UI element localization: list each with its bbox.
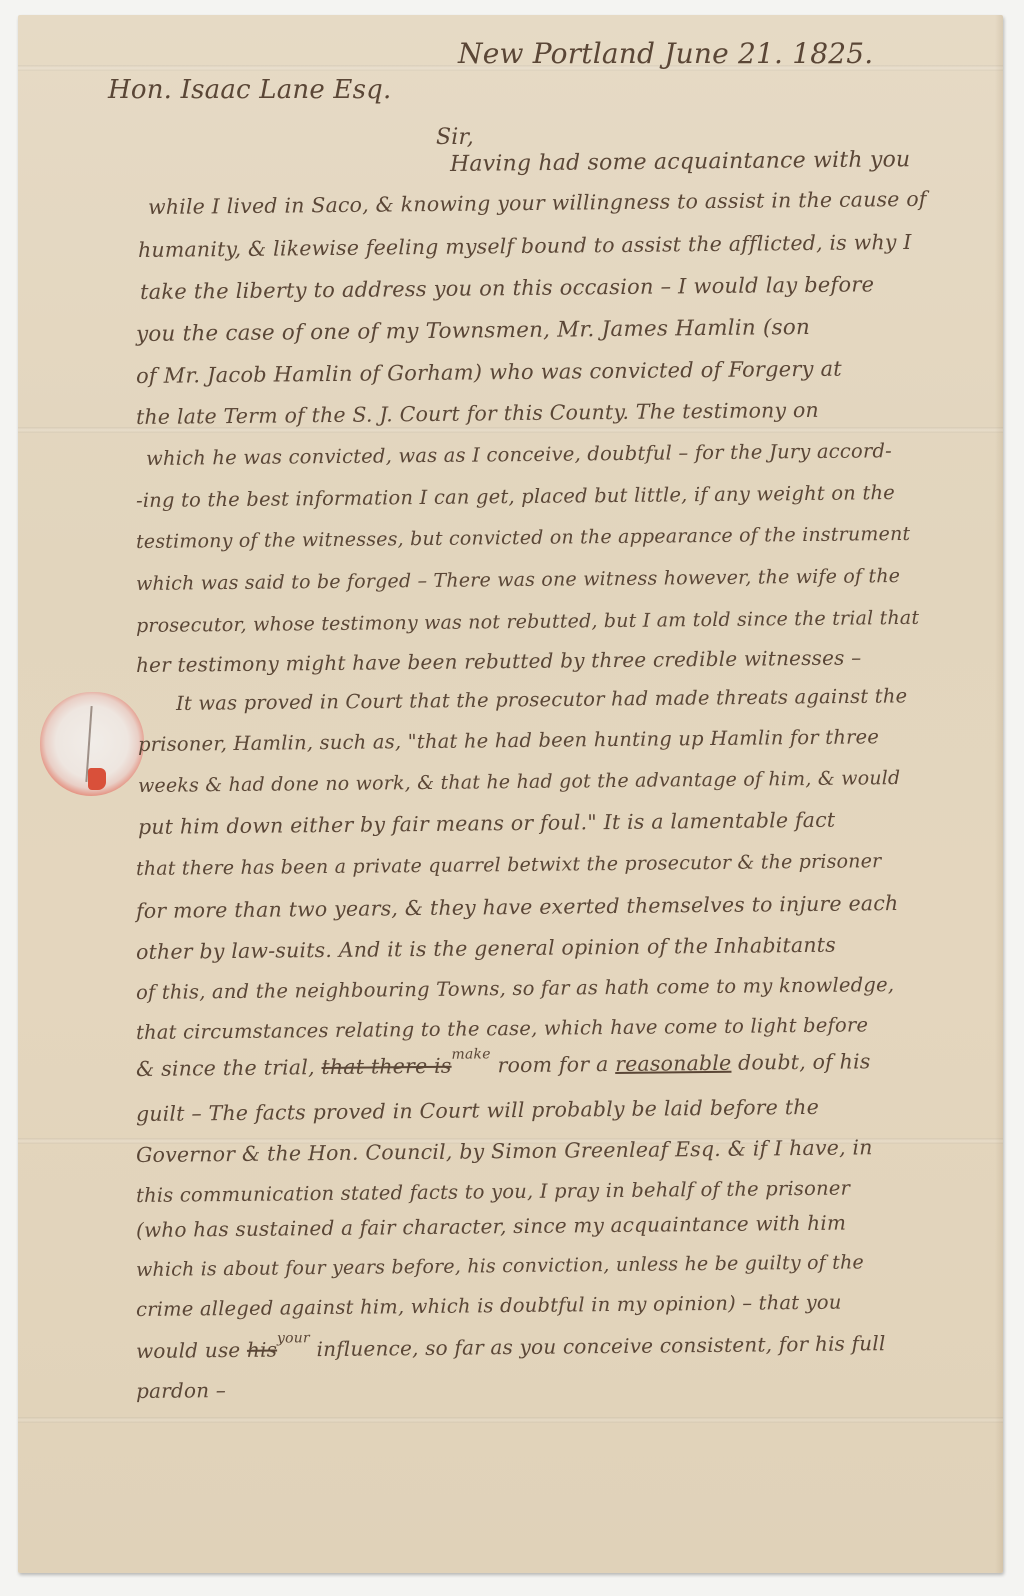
letter-page-closing xyxy=(18,15,1003,1573)
